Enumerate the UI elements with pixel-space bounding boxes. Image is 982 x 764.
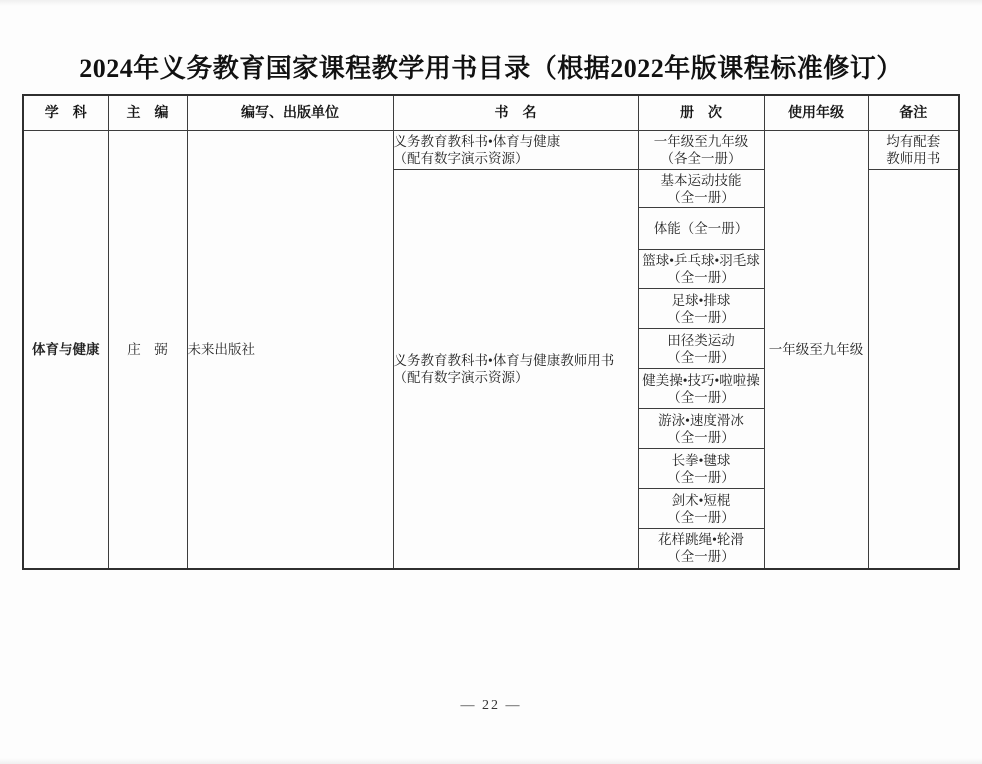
- scan-artifact-top: [0, 0, 982, 6]
- volume-line: （全一册）: [639, 189, 764, 206]
- volume-cell: 花样跳绳•轮滑 （全一册）: [638, 529, 764, 569]
- note-cell: 均有配套 教师用书: [868, 131, 959, 170]
- book-name-line: 义务教育教科书•体育与健康教师用书: [394, 352, 638, 369]
- header-volume: 册 次: [638, 95, 764, 131]
- volume-cell: 篮球•乒乓球•羽毛球 （全一册）: [638, 250, 764, 289]
- volume-cell: 基本运动技能 （全一册）: [638, 170, 764, 208]
- volume-line: （全一册）: [639, 269, 764, 286]
- volume-line: （全一册）: [639, 309, 764, 326]
- volume-line: （各全一册）: [639, 150, 764, 167]
- volume-line: 基本运动技能: [639, 172, 764, 189]
- textbook-catalog-table: 学 科 主 编 编写、出版单位 书 名 册 次 使用年级 备注 体育与健康 庄 …: [22, 94, 960, 570]
- volume-line: （全一册）: [639, 548, 764, 565]
- note-empty-cell: [868, 170, 959, 569]
- note-line: 教师用书: [869, 150, 959, 167]
- book-name-teacher-cell: 义务教育教科书•体育与健康教师用书 （配有数字演示资源）: [393, 170, 638, 569]
- volume-cell: 体能（全一册）: [638, 208, 764, 250]
- volume-line: 篮球•乒乓球•羽毛球: [639, 252, 764, 269]
- volume-cell: 健美操•技巧•啦啦操 （全一册）: [638, 369, 764, 409]
- page-title: 2024年义务教育国家课程教学用书目录（根据2022年版课程标准修订）: [0, 48, 982, 85]
- book-name-line: （配有数字演示资源）: [394, 150, 638, 167]
- chief-editor-cell: 庄 弼: [108, 131, 187, 569]
- header-publisher: 编写、出版单位: [187, 95, 393, 131]
- page-number: — 22 —: [0, 698, 982, 714]
- volume-line: （全一册）: [639, 469, 764, 486]
- header-chief-editor: 主 编: [108, 95, 187, 131]
- header-row: 学 科 主 编 编写、出版单位 书 名 册 次 使用年级 备注: [23, 95, 959, 131]
- volume-line: （全一册）: [639, 389, 764, 406]
- volume-line: 足球•排球: [639, 292, 764, 309]
- publisher-cell: 未来出版社: [187, 131, 393, 569]
- header-book-name: 书 名: [393, 95, 638, 131]
- book-name-line: 义务教育教科书•体育与健康: [394, 133, 638, 150]
- volume-line: 游泳•速度滑冰: [639, 412, 764, 429]
- header-note: 备注: [868, 95, 959, 131]
- volume-cell: 田径类运动 （全一册）: [638, 329, 764, 369]
- header-subject: 学 科: [23, 95, 108, 131]
- subject-cell: 体育与健康: [23, 131, 108, 569]
- volume-cell: 长拳•毽球 （全一册）: [638, 449, 764, 489]
- volume-line: 一年级至九年级: [639, 133, 764, 150]
- volume-cell: 足球•排球 （全一册）: [638, 289, 764, 329]
- table-row: 体育与健康 庄 弼 未来出版社 义务教育教科书•体育与健康 （配有数字演示资源）…: [23, 131, 959, 170]
- book-name-student-cell: 义务教育教科书•体育与健康 （配有数字演示资源）: [393, 131, 638, 170]
- volume-line: 长拳•毽球: [639, 452, 764, 469]
- volume-line: 剑术•短棍: [639, 492, 764, 509]
- note-line: 均有配套: [869, 133, 959, 150]
- volume-line: 健美操•技巧•啦啦操: [639, 372, 764, 389]
- header-grade: 使用年级: [764, 95, 868, 131]
- volume-cell: 一年级至九年级 （各全一册）: [638, 131, 764, 170]
- volume-line: （全一册）: [639, 429, 764, 446]
- grade-cell: 一年级至九年级: [764, 131, 868, 569]
- volume-cell: 游泳•速度滑冰 （全一册）: [638, 409, 764, 449]
- volume-line: 花样跳绳•轮滑: [639, 531, 764, 548]
- volume-line: （全一册）: [639, 509, 764, 526]
- scan-artifact-bottom: [0, 758, 982, 764]
- volume-cell: 剑术•短棍 （全一册）: [638, 489, 764, 529]
- volume-line: （全一册）: [639, 349, 764, 366]
- volume-line: 体能（全一册）: [639, 220, 764, 237]
- book-name-line: （配有数字演示资源）: [394, 369, 638, 386]
- volume-line: 田径类运动: [639, 332, 764, 349]
